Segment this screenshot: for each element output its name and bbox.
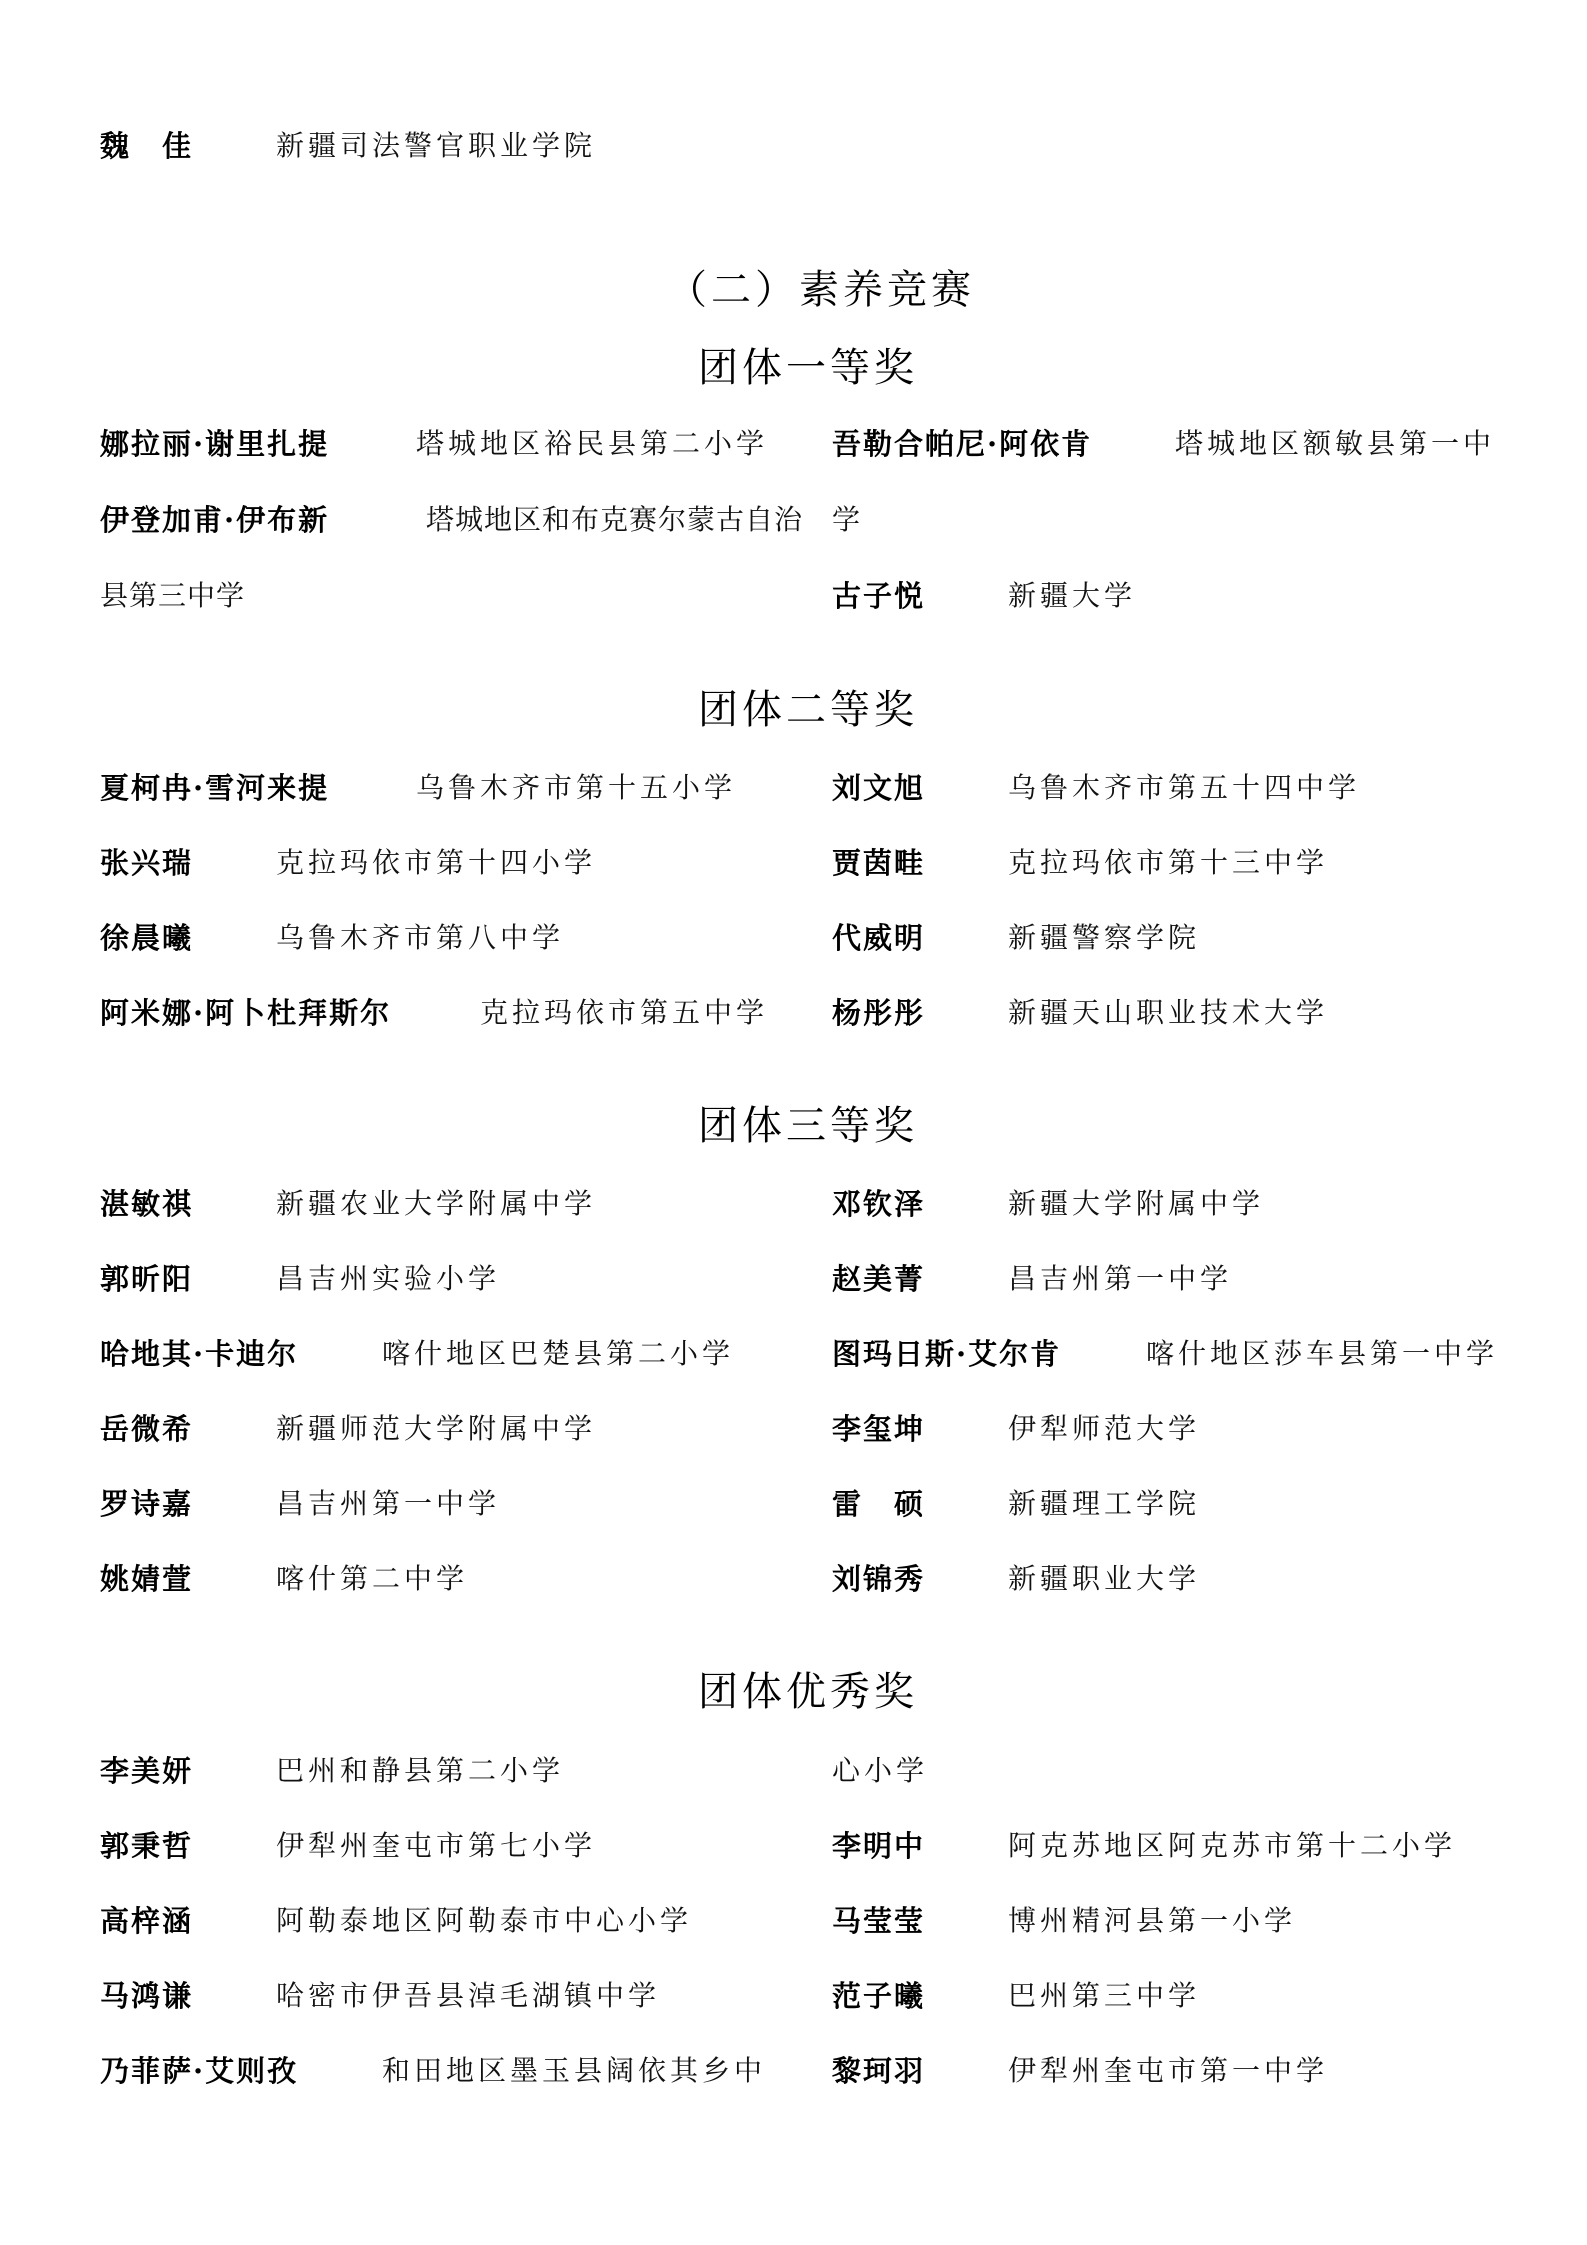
- awardee-org: 哈密市伊吾县淖毛湖镇中学: [276, 1982, 660, 2010]
- award-heading-excellence: 团体优秀奖: [698, 1672, 918, 1712]
- awardee-org: 塔城地区和布克赛尔蒙古自治: [426, 506, 803, 534]
- awardee-org-continuation: 县第三中学: [100, 582, 245, 610]
- awardee-name: 高梓涵: [100, 1907, 193, 1936]
- awardee-org: 阿克苏地区阿克苏市第十二小学: [1008, 1832, 1456, 1860]
- awardee-name: 古子悦: [832, 582, 925, 611]
- awardee-name: 娜拉丽·谢里扎提: [100, 430, 329, 459]
- awardee-org: 博州精河县第一小学: [1008, 1907, 1296, 1935]
- awardee-name: 伊登加甫·伊布新: [100, 506, 329, 535]
- awardee-name: 魏 佳: [100, 132, 193, 161]
- awardee-name: 罗诗嘉: [100, 1490, 193, 1519]
- awardee-name: 郭秉哲: [100, 1832, 193, 1861]
- awardee-org: 乌鲁木齐市第十五小学: [416, 774, 736, 802]
- awardee-org: 新疆警察学院: [1008, 924, 1200, 952]
- awardee-name: 范子曦: [832, 1982, 925, 2011]
- awardee-name: 图玛日斯·艾尔肯: [832, 1340, 1061, 1369]
- awardee-name: 夏柯冉·雪河来提: [100, 774, 329, 803]
- awardee-org: 和田地区墨玉县阔依其乡中: [382, 2057, 766, 2085]
- awardee-name: 湛敏祺: [100, 1190, 193, 1219]
- awardee-name: 李美妍: [100, 1757, 193, 1786]
- awardee-name: 吾勒合帕尼·阿依肯: [832, 430, 1092, 459]
- awardee-org: 喀什地区莎车县第一中学: [1146, 1340, 1498, 1368]
- awardee-name: 姚婧萱: [100, 1565, 193, 1594]
- awardee-org: 阿勒泰地区阿勒泰市中心小学: [276, 1907, 692, 1935]
- awardee-org: 伊犁师范大学: [1008, 1415, 1200, 1443]
- awardee-name: 郭昕阳: [100, 1265, 193, 1294]
- awardee-org: 克拉玛依市第十三中学: [1008, 849, 1328, 877]
- awardee-org: 新疆农业大学附属中学: [276, 1190, 596, 1218]
- awardee-org: 新疆司法警官职业学院: [276, 132, 596, 160]
- awardee-name: 黎珂羽: [832, 2057, 925, 2086]
- awardee-name: 赵美菁: [832, 1265, 925, 1294]
- awardee-org: 昌吉州实验小学: [276, 1265, 500, 1293]
- awardee-org: 喀什地区巴楚县第二小学: [382, 1340, 734, 1368]
- awardee-name: 刘文旭: [832, 774, 925, 803]
- awardee-name: 乃菲萨·艾则孜: [100, 2057, 298, 2086]
- awardee-org: 新疆大学: [1008, 582, 1136, 610]
- awardee-name: 刘锦秀: [832, 1565, 925, 1594]
- award-heading-first: 团体一等奖: [698, 348, 918, 388]
- awardee-org: 克拉玛依市第五中学: [480, 999, 768, 1027]
- awardee-org: 塔城地区裕民县第二小学: [416, 430, 768, 458]
- awardee-org: 巴州和静县第二小学: [276, 1757, 564, 1785]
- section-title: （二）素养竞赛: [667, 270, 975, 310]
- awardee-org: 乌鲁木齐市第八中学: [276, 924, 564, 952]
- awardee-org: 新疆理工学院: [1008, 1490, 1200, 1518]
- awardee-org: 新疆天山职业技术大学: [1008, 999, 1328, 1027]
- awardee-org: 伊犁州奎屯市第七小学: [276, 1832, 596, 1860]
- awardee-org: 巴州第三中学: [1008, 1982, 1200, 2010]
- awardee-name: 李玺坤: [832, 1415, 925, 1444]
- awardee-org: 新疆师范大学附属中学: [276, 1415, 596, 1443]
- awardee-name: 岳微希: [100, 1415, 193, 1444]
- awardee-org-continuation: 学: [832, 506, 864, 534]
- awardee-name: 李明中: [832, 1832, 925, 1861]
- awardee-org: 伊犁州奎屯市第一中学: [1008, 2057, 1328, 2085]
- awardee-name: 贾茵畦: [832, 849, 925, 878]
- awardee-name: 张兴瑞: [100, 849, 193, 878]
- awardee-org: 昌吉州第一中学: [1008, 1265, 1232, 1293]
- award-heading-third: 团体三等奖: [698, 1106, 918, 1146]
- awardee-name: 阿米娜·阿卜杜拜斯尔: [100, 999, 391, 1028]
- awardee-org: 新疆大学附属中学: [1008, 1190, 1264, 1218]
- awardee-name: 马鸿谦: [100, 1982, 193, 2011]
- awardee-org: 乌鲁木齐市第五十四中学: [1008, 774, 1360, 802]
- awardee-name: 邓钦泽: [832, 1190, 925, 1219]
- awardee-org: 塔城地区额敏县第一中: [1175, 430, 1495, 458]
- awardee-name: 徐晨曦: [100, 924, 193, 953]
- awardee-name: 雷 硕: [832, 1490, 925, 1519]
- awardee-org: 新疆职业大学: [1008, 1565, 1200, 1593]
- awardee-name: 哈地其·卡迪尔: [100, 1340, 298, 1369]
- awardee-org-continuation: 心小学: [832, 1757, 928, 1785]
- awardee-name: 杨彤彤: [832, 999, 925, 1028]
- awardee-org: 喀什第二中学: [276, 1565, 468, 1593]
- awardee-name: 马莹莹: [832, 1907, 925, 1936]
- awardee-name: 代威明: [832, 924, 925, 953]
- awardee-org: 昌吉州第一中学: [276, 1490, 500, 1518]
- awardee-org: 克拉玛依市第十四小学: [276, 849, 596, 877]
- award-heading-second: 团体二等奖: [698, 690, 918, 730]
